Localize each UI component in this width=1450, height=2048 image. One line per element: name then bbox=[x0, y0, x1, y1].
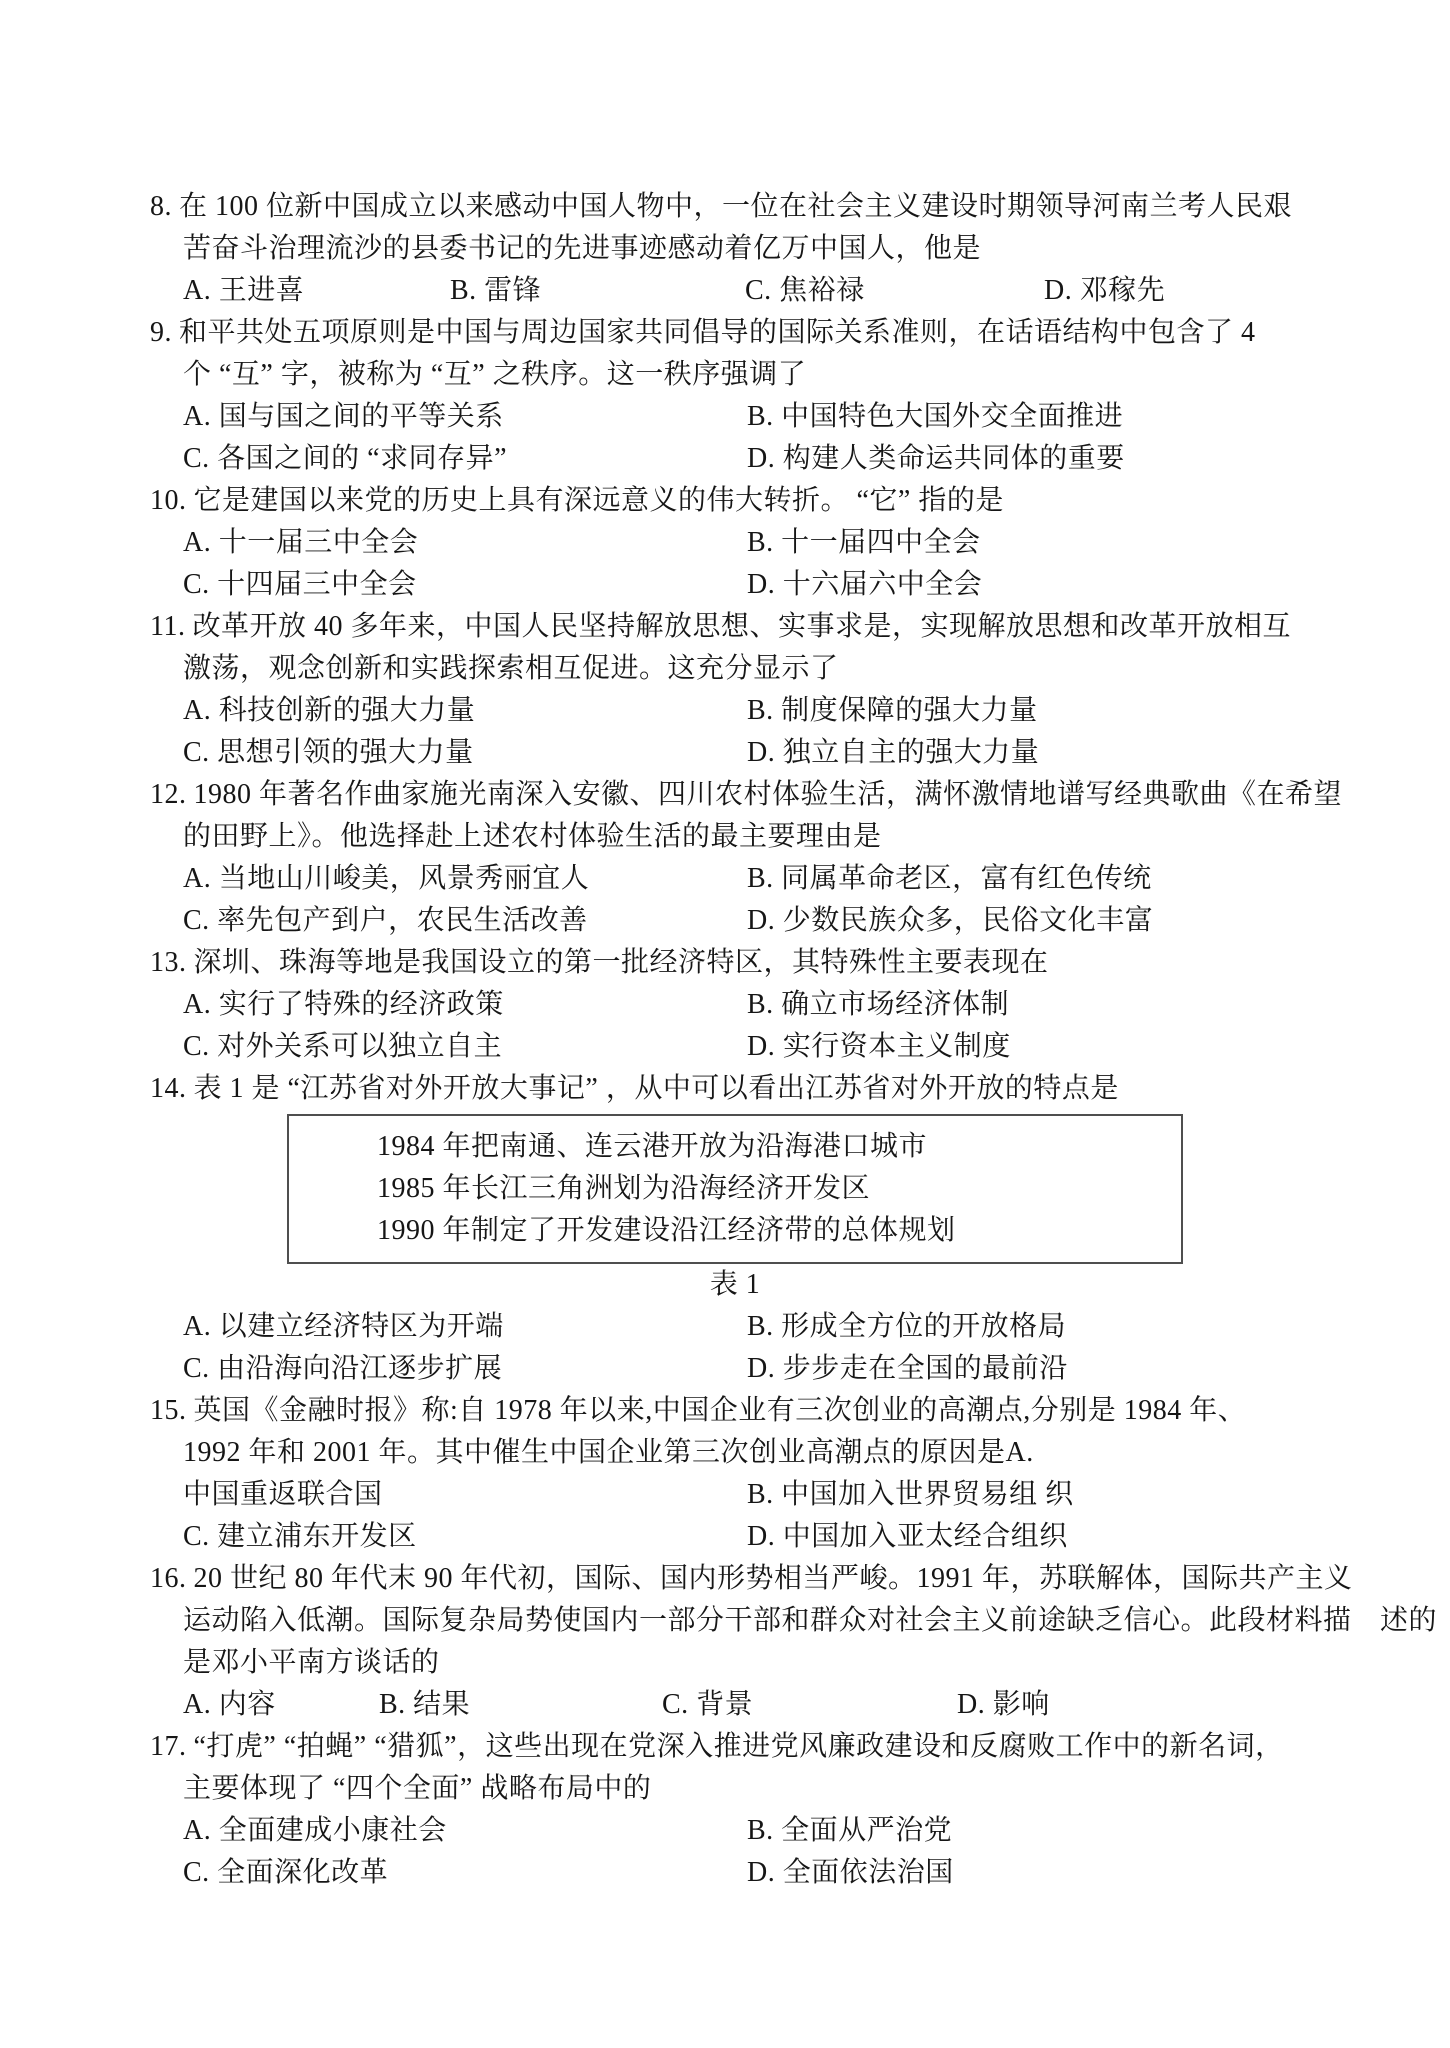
question-13-option-row-2: C. 对外关系可以独立自主D. 实行资本主义制度 bbox=[183, 1026, 1350, 1068]
question-8-number: 8. bbox=[150, 186, 172, 228]
question-9-text: 和平共处五项原则是中国与周边国家共同倡导的国际关系准则，在话语结构中包含了 4 bbox=[179, 317, 1256, 348]
question-16-option-row-1: A. 内容B. 结果C. 背景D. 影响 bbox=[183, 1684, 1350, 1726]
question-9-option-b: B. 中国特色大国外交全面推进 bbox=[747, 396, 1350, 438]
question-16-option-c: C. 背景 bbox=[662, 1684, 957, 1726]
question-16-line-1: 16.20 世纪 80 年代末 90 年代初，国际、国内形势相当严峻。1991 … bbox=[150, 1558, 1350, 1600]
question-16: 16.20 世纪 80 年代末 90 年代初，国际、国内形势相当严峻。1991 … bbox=[150, 1558, 1350, 1726]
question-13-option-d: D. 实行资本主义制度 bbox=[747, 1026, 1350, 1068]
question-15-option-row-2: C. 建立浦东开发区D. 中国加入亚太经合组织 bbox=[183, 1516, 1350, 1558]
question-9-option-c: C. 各国之间的 “求同存异” bbox=[183, 438, 747, 480]
question-9-option-a: A. 国与国之间的平等关系 bbox=[183, 396, 747, 438]
question-17-option-row-2: C. 全面深化改革D. 全面依法治国 bbox=[183, 1852, 1350, 1894]
question-11-number: 11. bbox=[150, 606, 185, 648]
question-8-option-c: C. 焦裕禄 bbox=[745, 270, 1044, 312]
question-11-text: 改革开放 40 多年来，中国人民坚持解放思想、实事求是，实现解放思想和改革开放相… bbox=[192, 611, 1291, 642]
question-13-number: 13. bbox=[150, 942, 187, 984]
question-8-option-d: D. 邓稼先 bbox=[1044, 270, 1350, 312]
question-14-line-1: 14.表 1 是 “江苏省对外开放大事记” ，从中可以看出江苏省对外开放的特点是 bbox=[150, 1068, 1350, 1110]
question-12-option-a: A. 当地山川峻美，风景秀丽宜人 bbox=[183, 858, 747, 900]
question-8-line-1: 8.在 100 位新中国成立以来感动中国人物中，一位在社会主义建设时期领导河南兰… bbox=[150, 186, 1350, 228]
question-14-table: 1984 年把南通、连云港开放为沿海港口城市1985 年长江三角洲划为沿海经济开… bbox=[287, 1114, 1183, 1264]
question-14: 14.表 1 是 “江苏省对外开放大事记” ，从中可以看出江苏省对外开放的特点是… bbox=[150, 1068, 1350, 1390]
question-14-option-a: A. 以建立经济特区为开端 bbox=[183, 1306, 747, 1348]
question-9-option-row-1: A. 国与国之间的平等关系B. 中国特色大国外交全面推进 bbox=[183, 396, 1350, 438]
question-11-option-row-2: C. 思想引领的强大力量D. 独立自主的强大力量 bbox=[183, 732, 1350, 774]
question-12: 12.1980 年著名作曲家施光南深入安徽、四川农村体验生活，满怀激情地谱写经典… bbox=[150, 774, 1350, 942]
question-17: 17.“打虎” “拍蝇” “猎狐”，这些出现在党深入推进党风廉政建设和反腐败工作… bbox=[150, 1726, 1350, 1894]
question-11-text: 激荡，观念创新和实践探索相互促进。这充分显示了 bbox=[183, 653, 839, 684]
question-12-text: 1980 年著名作曲家施光南深入安徽、四川农村体验生活，满怀激情地谱写经典歌曲《… bbox=[194, 779, 1343, 810]
question-11: 11.改革开放 40 多年来，中国人民坚持解放思想、实事求是，实现解放思想和改革… bbox=[150, 606, 1350, 774]
question-11-line-1: 11.改革开放 40 多年来，中国人民坚持解放思想、实事求是，实现解放思想和改革… bbox=[150, 606, 1350, 648]
question-17-option-b: B. 全面从严治党 bbox=[747, 1810, 1350, 1852]
question-8-text: 在 100 位新中国成立以来感动中国人物中，一位在社会主义建设时期领导河南兰考人… bbox=[179, 191, 1292, 222]
question-12-text: 的田野上》。他选择赴上述农村体验生活的最主要理由是 bbox=[183, 821, 882, 852]
question-10: 10.它是建国以来党的历史上具有深远意义的伟大转折。 “它” 指的是A. 十一届… bbox=[150, 480, 1350, 606]
question-10-option-a: A. 十一届三中全会 bbox=[183, 522, 747, 564]
question-11-option-c: C. 思想引领的强大力量 bbox=[183, 732, 747, 774]
question-10-text: 它是建国以来党的历史上具有深远意义的伟大转折。 “它” 指的是 bbox=[194, 485, 1004, 516]
question-15-line-1: 15.英国《金融时报》称:自 1978 年以来,中国企业有三次创业的高潮点,分别… bbox=[150, 1390, 1350, 1432]
question-13-option-b: B. 确立市场经济体制 bbox=[747, 984, 1350, 1026]
question-17-number: 17. bbox=[150, 1726, 187, 1768]
question-16-text: 运动陷入低潮。国际复杂局势使国内一部分干部和群众对社会主义前途缺乏信心。此段材料… bbox=[183, 1605, 1437, 1636]
question-8-option-a: A. 王进喜 bbox=[183, 270, 450, 312]
question-17-text: 主要体现了 “四个全面” 战略布局中的 bbox=[183, 1773, 651, 1804]
question-15-option-c: C. 建立浦东开发区 bbox=[183, 1516, 747, 1558]
question-10-option-c: C. 十四届三中全会 bbox=[183, 564, 747, 606]
question-10-option-b: B. 十一届四中全会 bbox=[747, 522, 1350, 564]
question-list: 8.在 100 位新中国成立以来感动中国人物中，一位在社会主义建设时期领导河南兰… bbox=[150, 186, 1350, 1894]
question-15-option-a: 中国重返联合国 bbox=[183, 1474, 747, 1516]
question-10-option-row-1: A. 十一届三中全会B. 十一届四中全会 bbox=[183, 522, 1350, 564]
question-11-option-row-1: A. 科技创新的强大力量B. 制度保障的强大力量 bbox=[183, 690, 1350, 732]
question-12-line-2: 的田野上》。他选择赴上述农村体验生活的最主要理由是 bbox=[183, 816, 1350, 858]
question-16-line-3: 是邓小平南方谈话的 bbox=[183, 1642, 1350, 1684]
question-8-option-row-1: A. 王进喜B. 雷锋C. 焦裕禄D. 邓稼先 bbox=[183, 270, 1350, 312]
question-16-number: 16. bbox=[150, 1558, 187, 1600]
question-13-option-row-1: A. 实行了特殊的经济政策B. 确立市场经济体制 bbox=[183, 984, 1350, 1026]
question-15-line-2: 1992 年和 2001 年。其中催生中国企业第三次创业高潮点的原因是A. bbox=[183, 1432, 1350, 1474]
question-16-text: 20 世纪 80 年代末 90 年代初，国际、国内形势相当严峻。1991 年，苏… bbox=[194, 1563, 1353, 1594]
question-17-option-c: C. 全面深化改革 bbox=[183, 1852, 747, 1894]
question-9: 9.和平共处五项原则是中国与周边国家共同倡导的国际关系准则，在话语结构中包含了 … bbox=[150, 312, 1350, 480]
question-16-text: 是邓小平南方谈话的 bbox=[183, 1647, 440, 1678]
question-9-line-1: 9.和平共处五项原则是中国与周边国家共同倡导的国际关系准则，在话语结构中包含了 … bbox=[150, 312, 1350, 354]
question-10-option-row-2: C. 十四届三中全会D. 十六届六中全会 bbox=[183, 564, 1350, 606]
question-8: 8.在 100 位新中国成立以来感动中国人物中，一位在社会主义建设时期领导河南兰… bbox=[150, 186, 1350, 312]
question-16-line-2: 运动陷入低潮。国际复杂局势使国内一部分干部和群众对社会主义前途缺乏信心。此段材料… bbox=[183, 1600, 1350, 1642]
question-9-option-d: D. 构建人类命运共同体的重要 bbox=[747, 438, 1350, 480]
question-12-line-1: 12.1980 年著名作曲家施光南深入安徽、四川农村体验生活，满怀激情地谱写经典… bbox=[150, 774, 1350, 816]
question-14-option-row-2: C. 由沿海向沿江逐步扩展D. 步步走在全国的最前沿 bbox=[183, 1348, 1350, 1390]
question-17-option-d: D. 全面依法治国 bbox=[747, 1852, 1350, 1894]
question-12-option-row-2: C. 率先包产到户，农民生活改善D. 少数民族众多，民俗文化丰富 bbox=[183, 900, 1350, 942]
question-16-option-a: A. 内容 bbox=[183, 1684, 379, 1726]
question-15-option-row-1: 中国重返联合国B. 中国加入世界贸易组 织 bbox=[183, 1474, 1350, 1516]
question-13: 13.深圳、珠海等地是我国设立的第一批经济特区，其特殊性主要表现在A. 实行了特… bbox=[150, 942, 1350, 1068]
question-12-option-d: D. 少数民族众多，民俗文化丰富 bbox=[747, 900, 1350, 942]
question-9-option-row-2: C. 各国之间的 “求同存异”D. 构建人类命运共同体的重要 bbox=[183, 438, 1350, 480]
question-17-line-2: 主要体现了 “四个全面” 战略布局中的 bbox=[183, 1768, 1350, 1810]
question-11-option-d: D. 独立自主的强大力量 bbox=[747, 732, 1350, 774]
question-14-number: 14. bbox=[150, 1068, 187, 1110]
question-10-option-d: D. 十六届六中全会 bbox=[747, 564, 1350, 606]
question-14-option-row-1: A. 以建立经济特区为开端B. 形成全方位的开放格局 bbox=[183, 1306, 1350, 1348]
question-14-text: 表 1 是 “江苏省对外开放大事记” ，从中可以看出江苏省对外开放的特点是 bbox=[194, 1073, 1119, 1104]
table-row-2: 1985 年长江三角洲划为沿海经济开发区 bbox=[377, 1168, 1171, 1210]
question-11-option-a: A. 科技创新的强大力量 bbox=[183, 690, 747, 732]
question-17-option-a: A. 全面建成小康社会 bbox=[183, 1810, 747, 1852]
question-9-line-2: 个 “互” 字，被称为 “互” 之秩序。这一秩序强调了 bbox=[183, 354, 1350, 396]
question-14-option-b: B. 形成全方位的开放格局 bbox=[747, 1306, 1350, 1348]
question-14-option-c: C. 由沿海向沿江逐步扩展 bbox=[183, 1348, 747, 1390]
question-16-option-d: D. 影响 bbox=[957, 1684, 1350, 1726]
question-15-text: 1992 年和 2001 年。其中催生中国企业第三次创业高潮点的原因是A. bbox=[183, 1437, 1034, 1468]
question-13-option-c: C. 对外关系可以独立自主 bbox=[183, 1026, 747, 1068]
question-13-option-a: A. 实行了特殊的经济政策 bbox=[183, 984, 747, 1026]
question-10-number: 10. bbox=[150, 480, 187, 522]
question-12-option-row-1: A. 当地山川峻美，风景秀丽宜人B. 同属革命老区，富有红色传统 bbox=[183, 858, 1350, 900]
question-15-option-d: D. 中国加入亚太经合组织 bbox=[747, 1516, 1350, 1558]
question-12-option-c: C. 率先包产到户，农民生活改善 bbox=[183, 900, 747, 942]
question-17-option-row-1: A. 全面建成小康社会B. 全面从严治党 bbox=[183, 1810, 1350, 1852]
question-13-text: 深圳、珠海等地是我国设立的第一批经济特区，其特殊性主要表现在 bbox=[194, 947, 1049, 978]
question-8-text: 苦奋斗治理流沙的县委书记的先进事迹感动着亿万中国人，他是 bbox=[183, 233, 981, 264]
table-row-3: 1990 年制定了开发建设沿江经济带的总体规划 bbox=[377, 1210, 1171, 1252]
question-14-option-d: D. 步步走在全国的最前沿 bbox=[747, 1348, 1350, 1390]
question-11-line-2: 激荡，观念创新和实践探索相互促进。这充分显示了 bbox=[183, 648, 1350, 690]
question-15-text: 英国《金融时报》称:自 1978 年以来,中国企业有三次创业的高潮点,分别是 1… bbox=[194, 1395, 1247, 1426]
table-row-1: 1984 年把南通、连云港开放为沿海港口城市 bbox=[377, 1126, 1171, 1168]
question-15-option-b: B. 中国加入世界贸易组 织 bbox=[747, 1474, 1350, 1516]
exam-page: 8.在 100 位新中国成立以来感动中国人物中，一位在社会主义建设时期领导河南兰… bbox=[0, 0, 1450, 2048]
question-17-text: “打虎” “拍蝇” “猎狐”，这些出现在党深入推进党风廉政建设和反腐败工作中的新… bbox=[194, 1731, 1284, 1762]
question-13-line-1: 13.深圳、珠海等地是我国设立的第一批经济特区，其特殊性主要表现在 bbox=[150, 942, 1350, 984]
question-8-option-b: B. 雷锋 bbox=[450, 270, 745, 312]
question-16-option-b: B. 结果 bbox=[379, 1684, 662, 1726]
question-11-option-b: B. 制度保障的强大力量 bbox=[747, 690, 1350, 732]
question-9-number: 9. bbox=[150, 312, 172, 354]
question-12-option-b: B. 同属革命老区，富有红色传统 bbox=[747, 858, 1350, 900]
question-10-line-1: 10.它是建国以来党的历史上具有深远意义的伟大转折。 “它” 指的是 bbox=[150, 480, 1350, 522]
question-15: 15.英国《金融时报》称:自 1978 年以来,中国企业有三次创业的高潮点,分别… bbox=[150, 1390, 1350, 1558]
question-17-line-1: 17.“打虎” “拍蝇” “猎狐”，这些出现在党深入推进党风廉政建设和反腐败工作… bbox=[150, 1726, 1350, 1768]
question-9-text: 个 “互” 字，被称为 “互” 之秩序。这一秩序强调了 bbox=[183, 359, 806, 390]
table-caption: 表 1 bbox=[287, 1264, 1183, 1306]
question-15-number: 15. bbox=[150, 1390, 187, 1432]
question-12-number: 12. bbox=[150, 774, 187, 816]
question-8-line-2: 苦奋斗治理流沙的县委书记的先进事迹感动着亿万中国人，他是 bbox=[183, 228, 1350, 270]
